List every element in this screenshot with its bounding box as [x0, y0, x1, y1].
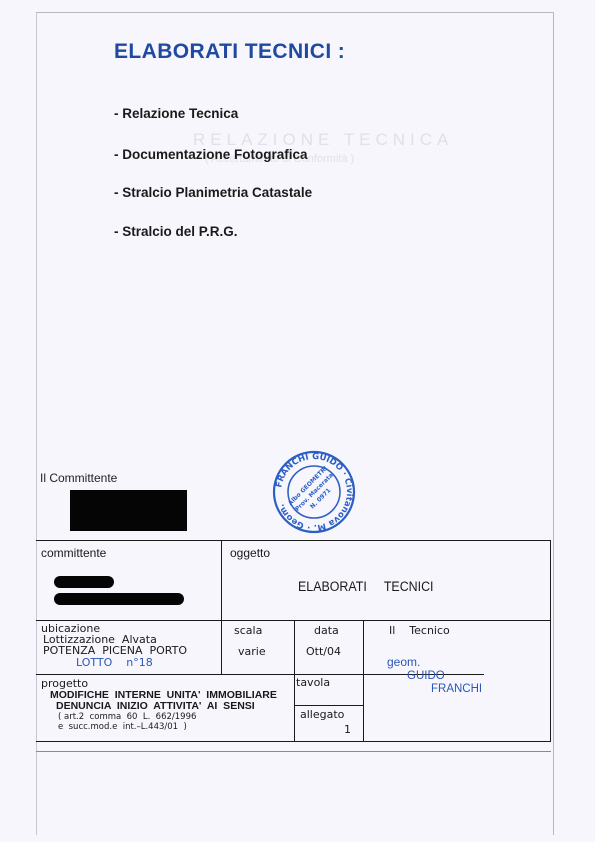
lotto-number: LOTTO n°18 [76, 656, 153, 669]
document-page: RELAZIONE TECNICA ( Accertamento di Conf… [0, 0, 595, 842]
page-bottom-line [36, 751, 551, 752]
title-block-divider [221, 540, 222, 674]
scala-label: scala [234, 624, 262, 637]
page-title: ELABORATI TECNICI : [114, 40, 345, 64]
title-block-divider [294, 620, 295, 741]
redacted-signature [70, 490, 187, 531]
list-item-prg: - Stralcio del P.R.G. [114, 224, 238, 239]
committente-signature-label: Il Committente [40, 471, 117, 485]
allegato-value: 1 [344, 723, 351, 736]
title-block-divider [294, 705, 363, 706]
data-label: data [314, 624, 339, 637]
title-block-right-border [550, 540, 551, 741]
tecnico-label: Il Tecnico [389, 624, 450, 637]
tavola-label: tavola [296, 676, 330, 689]
redacted-name [54, 593, 184, 605]
tecnico-last-name: FRANCHI [431, 683, 482, 695]
tecnico-title: geom. [387, 655, 420, 669]
list-item-planimetria: - Stralcio Planimetria Catastale [114, 185, 312, 200]
oggetto-value: ELABORATI TECNICI [298, 579, 433, 594]
list-item-documentazione: - Documentazione Fotografica [114, 147, 308, 162]
professional-stamp-icon: FRANCHI GUIDO · Civitanova M. · Geom. Al… [272, 450, 356, 534]
oggetto-label: oggetto [230, 546, 270, 560]
list-item-relazione: - Relazione Tecnica [114, 106, 238, 121]
allegato-label: allegato [300, 708, 344, 721]
progetto-reference: ( art.2 comma 60 L. 662/1996 [58, 712, 196, 722]
title-block-top-border [36, 540, 551, 541]
title-block-bottom-border [36, 741, 551, 742]
redacted-name [54, 576, 114, 588]
progetto-line: DENUNCIA INIZIO ATTIVITA' AI SENSI [56, 700, 255, 712]
committente-label: committente [41, 546, 106, 560]
data-value: Ott/04 [306, 645, 341, 658]
progetto-reference: e succ.mod.e int.–L.443/01 ) [58, 722, 187, 732]
title-block-divider [363, 620, 364, 741]
scala-value: varie [238, 645, 266, 658]
tecnico-first-name: GUIDO [407, 670, 445, 682]
